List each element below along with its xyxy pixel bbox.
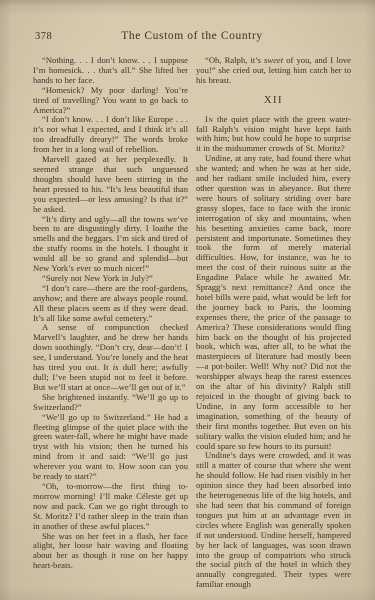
right-column-intro: “Oh, Ralph, it’s sweet of you, and I lov…	[196, 56, 351, 86]
paragraph: “Oh, to-morrow—the first thing to-morrow…	[33, 482, 188, 532]
paragraph: “I don’t know. . . I don’t like Europe .…	[33, 115, 188, 155]
text-run: Marvell gazed at her perplexedly. It see…	[33, 154, 188, 214]
book-page: 378 The Custom of the Country “Nothing. …	[0, 0, 375, 600]
text-run: “It’s dirty and ugly—all the towns we’ve…	[33, 214, 188, 274]
paragraph: “We’ll go up to Switzerland.” He had a f…	[33, 413, 188, 482]
text-run: Undine’s days were crowded, and it was s…	[196, 450, 351, 589]
text-run: “I don’t care—there are the roof-gardens…	[33, 283, 188, 323]
paragraph: Undine, at any rate, had found there wha…	[196, 154, 351, 451]
paragraph: A sense of compunction checked Marvell’s…	[33, 323, 188, 392]
paragraph: She brightened instantly. “We’ll go up t…	[33, 393, 188, 413]
text-columns: “Nothing. . . I don’t know. . . I suppos…	[33, 56, 351, 590]
text-run: “Nothing. . . I don’t know. . . I suppos…	[33, 55, 188, 85]
paragraph: She was on her feet in a flash, her face…	[33, 532, 188, 572]
text-run: the quiet place with the green water-fal…	[196, 114, 351, 154]
text-run-italic: sweet	[264, 55, 283, 65]
paragraph: “I don’t care—there are the roof-gardens…	[33, 284, 188, 324]
text-run: “Oh, to-morrow—the first thing to-morrow…	[33, 481, 188, 531]
text-run: “We’ll go up to Switzerland.” He had a f…	[33, 412, 188, 481]
paragraph: “Oh, Ralph, it’s sweet of you, and I lov…	[196, 56, 351, 86]
right-column: “Oh, Ralph, it’s sweet of you, and I lov…	[196, 56, 351, 590]
text-run: She was on her feet in a flash, her face…	[33, 531, 188, 571]
text-run: Undine, at any rate, had found there wha…	[196, 153, 351, 450]
paragraph: In the quiet place with the green water-…	[196, 115, 351, 155]
paragraph: Undine’s days were crowded, and it was s…	[196, 451, 351, 590]
paragraph: “Nothing. . . I don’t know. . . I suppos…	[33, 56, 188, 86]
text-run: “Homesick? My poor darling! You’re tired…	[33, 85, 188, 115]
right-column-body: In the quiet place with the green water-…	[196, 115, 351, 591]
chapter-heading: XII	[196, 96, 351, 106]
text-run: “Surely not New York in July?”	[42, 273, 153, 283]
page-header: 378 The Custom of the Country	[33, 30, 351, 45]
text-run: “Oh, Ralph, it’s	[205, 55, 264, 65]
text-run: “I don’t know. . . I don’t like Europe .…	[33, 114, 188, 154]
paragraph: “It’s dirty and ugly—all the towns we’ve…	[33, 215, 188, 274]
paragraph: Marvell gazed at her perplexedly. It see…	[33, 155, 188, 214]
paragraph: “Homesick? My poor darling! You’re tired…	[33, 86, 188, 116]
left-column: “Nothing. . . I don’t know. . . I suppos…	[33, 56, 188, 590]
text-run: She brightened instantly. “We’ll go up t…	[33, 392, 188, 412]
running-title: The Custom of the Country	[33, 30, 351, 42]
